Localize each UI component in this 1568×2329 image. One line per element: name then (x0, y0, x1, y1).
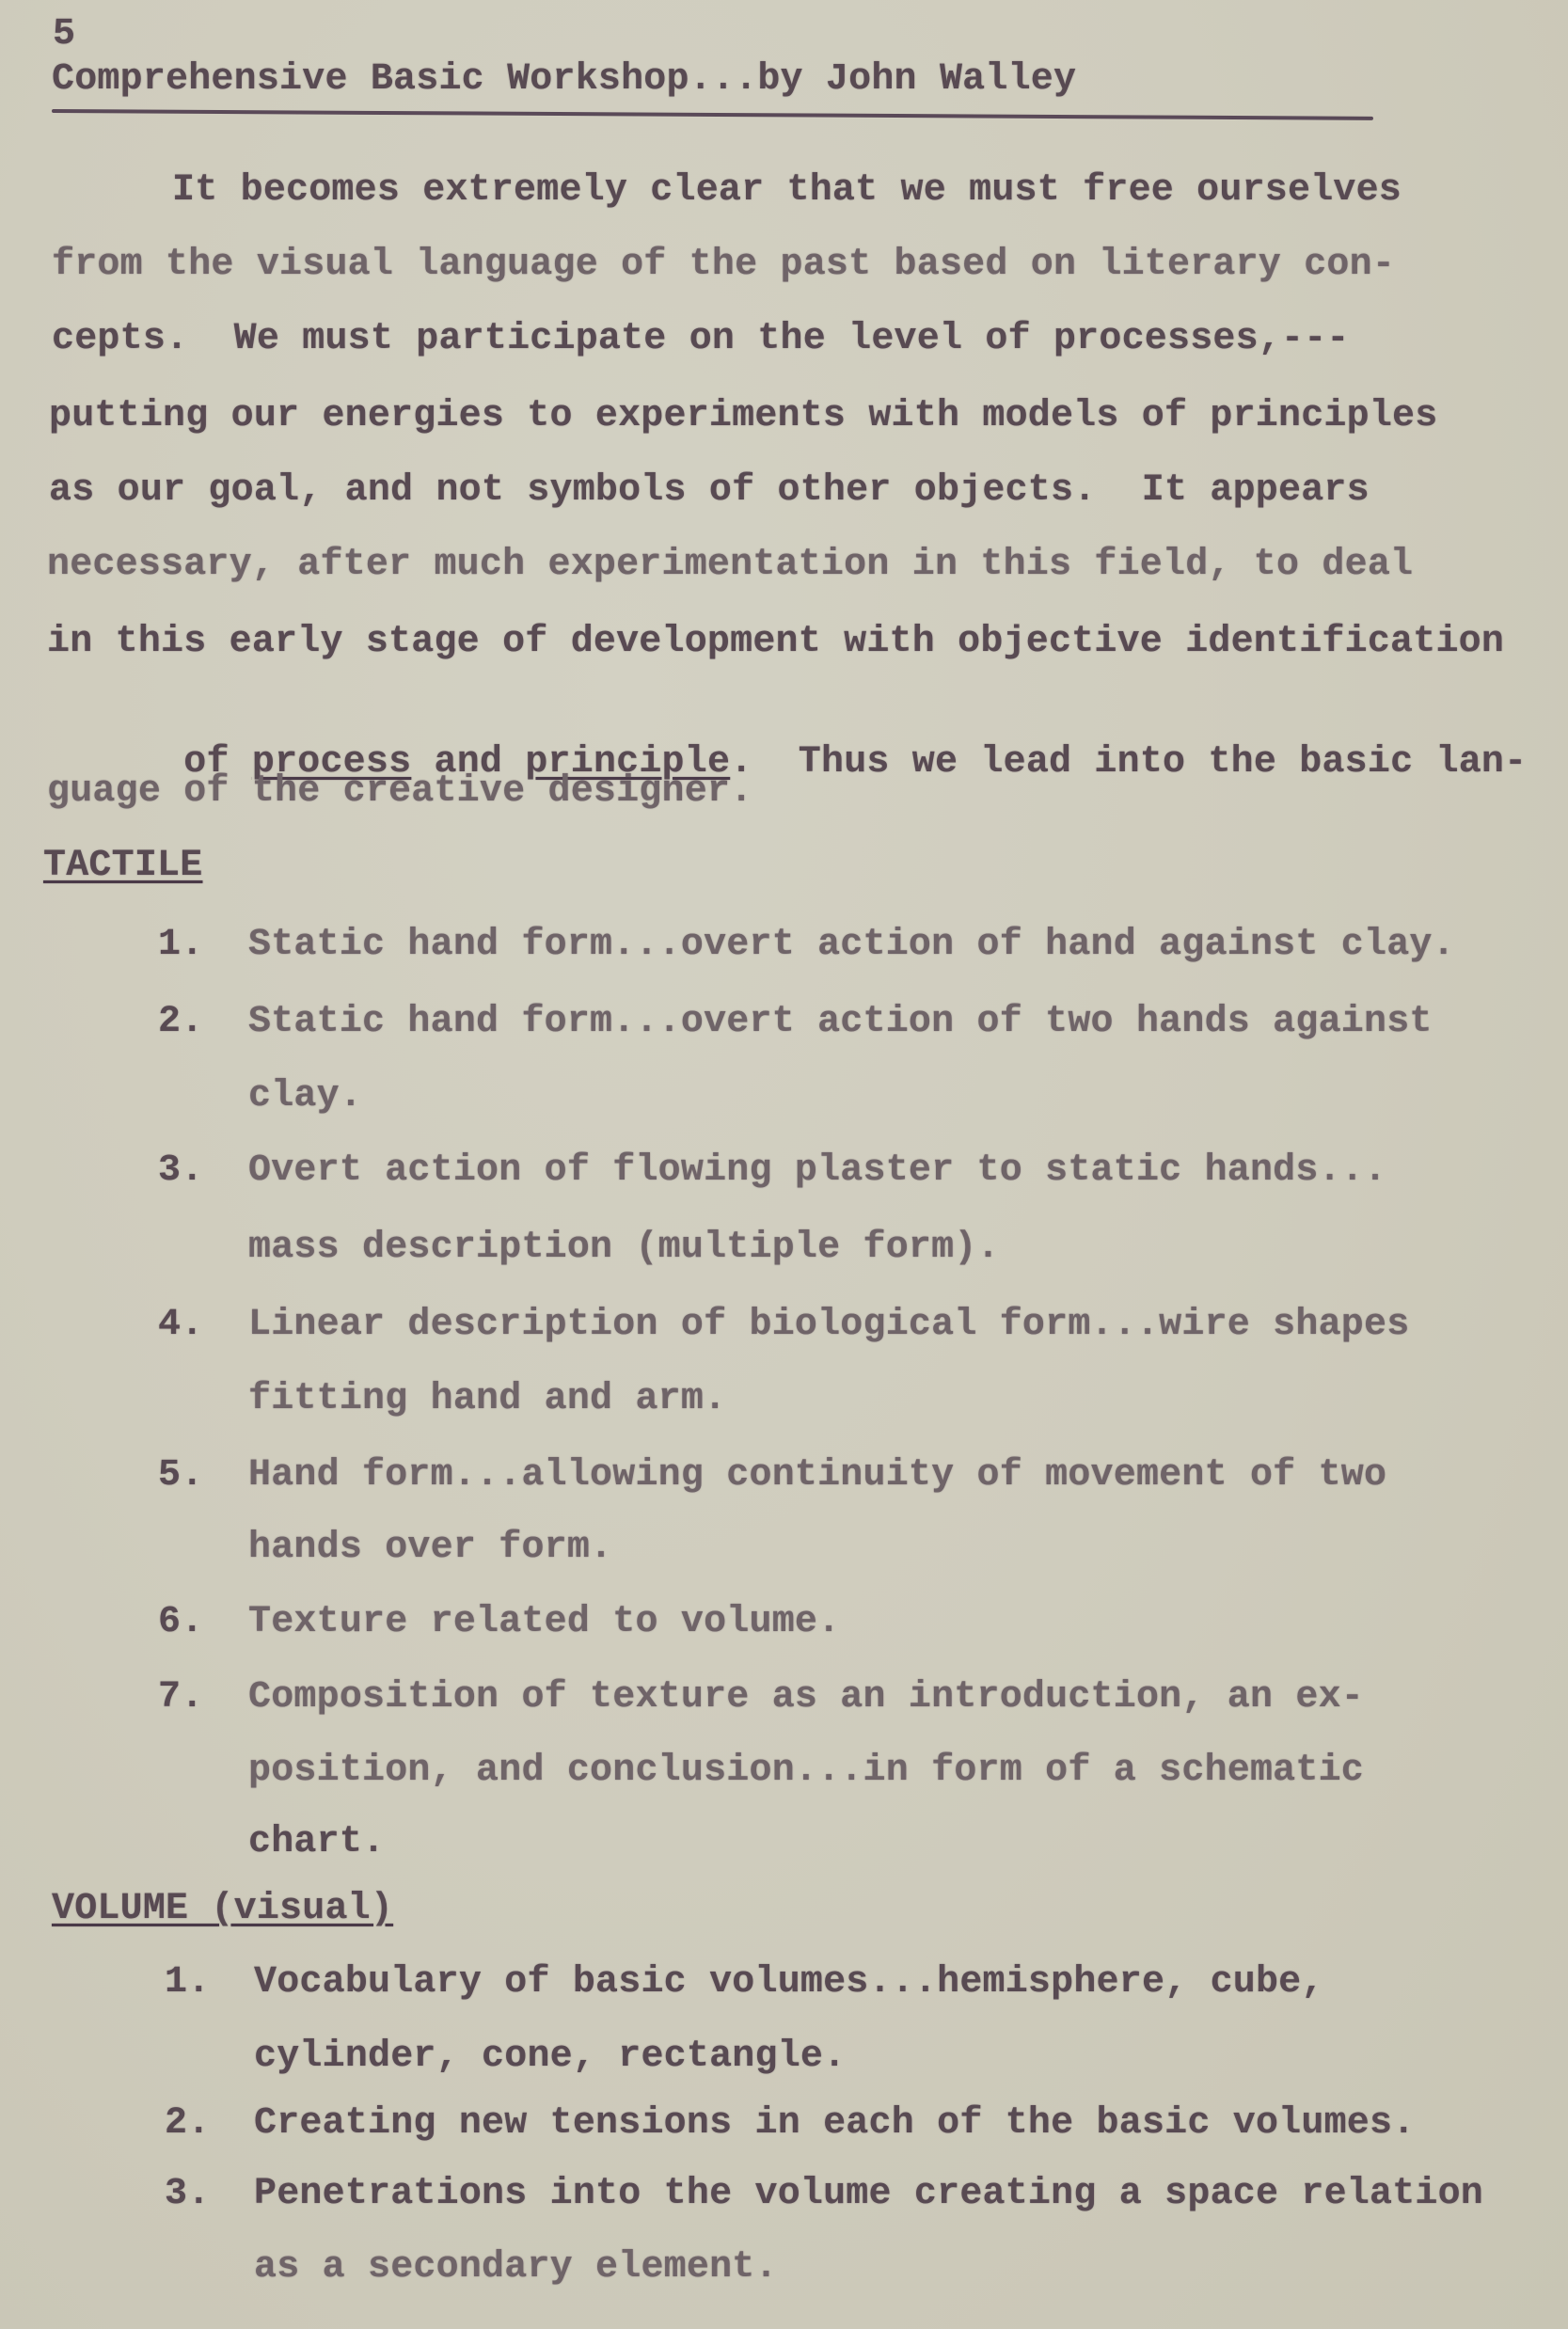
item-number: 5. (158, 1454, 214, 1497)
paragraph-line: It becomes extremely clear that we must … (172, 169, 1402, 213)
item-text: fitting hand and arm. (248, 1378, 726, 1421)
item-number: 3. (165, 2173, 221, 2216)
section-heading: VOLUME (visual) (52, 1888, 393, 1931)
paragraph-line: in this early stage of development with … (47, 621, 1504, 664)
item-text: chart. (248, 1821, 385, 1864)
item-number: 1. (165, 1961, 221, 2004)
item-number: 4. (158, 1304, 214, 1347)
item-number: 1. (158, 924, 214, 967)
item-number: 7. (158, 1676, 214, 1719)
item-text: mass description (multiple form). (248, 1227, 1000, 1270)
item-number: 2. (158, 1001, 214, 1044)
item-text: Static hand form...overt action of hand … (248, 924, 1455, 967)
title-underline (52, 109, 1373, 120)
document-title: Comprehensive Basic Workshop...by John W… (52, 58, 1076, 102)
item-text: Static hand form...overt action of two h… (248, 1001, 1433, 1044)
item-text: clay. (248, 1075, 362, 1118)
item-text: Hand form...allowing continuity of movem… (248, 1454, 1386, 1497)
item-text: Vocabulary of basic volumes...hemisphere… (254, 1961, 1324, 2004)
item-number: 6. (158, 1601, 214, 1644)
paragraph-line: guage of the creative designer. (47, 770, 752, 814)
item-text: Linear description of biological form...… (248, 1304, 1409, 1347)
item-text: Penetrations into the volume creating a … (254, 2173, 1483, 2216)
item-text: Texture related to volume. (248, 1601, 840, 1644)
item-text: cylinder, cone, rectangle. (254, 2036, 846, 2079)
page-number: 5 (53, 13, 75, 56)
item-text: position, and conclusion...in form of a … (248, 1750, 1364, 1793)
item-text: Overt action of flowing plaster to stati… (248, 1149, 1386, 1193)
item-text: as a secondary element. (254, 2246, 778, 2289)
paragraph-line: as our goal, and not symbols of other ob… (49, 469, 1370, 513)
paragraph-line: putting our energies to experiments with… (49, 395, 1437, 438)
item-text: Composition of texture as an introductio… (248, 1676, 1364, 1719)
item-number: 3. (158, 1149, 214, 1193)
paragraph-line: from the visual language of the past bas… (52, 244, 1395, 287)
section-heading: TACTILE (43, 845, 202, 888)
paragraph-line: necessary, after much experimentation in… (47, 544, 1413, 587)
item-text: hands over form. (248, 1527, 612, 1570)
text-run: . Thus we lead into the basic lan- (730, 741, 1527, 784)
typewritten-page: 5 Comprehensive Basic Workshop...by John… (0, 0, 1568, 2329)
item-number: 2. (165, 2102, 221, 2146)
item-text: Creating new tensions in each of the bas… (254, 2102, 1415, 2146)
paragraph-line: cepts. We must participate on the level … (52, 318, 1350, 361)
